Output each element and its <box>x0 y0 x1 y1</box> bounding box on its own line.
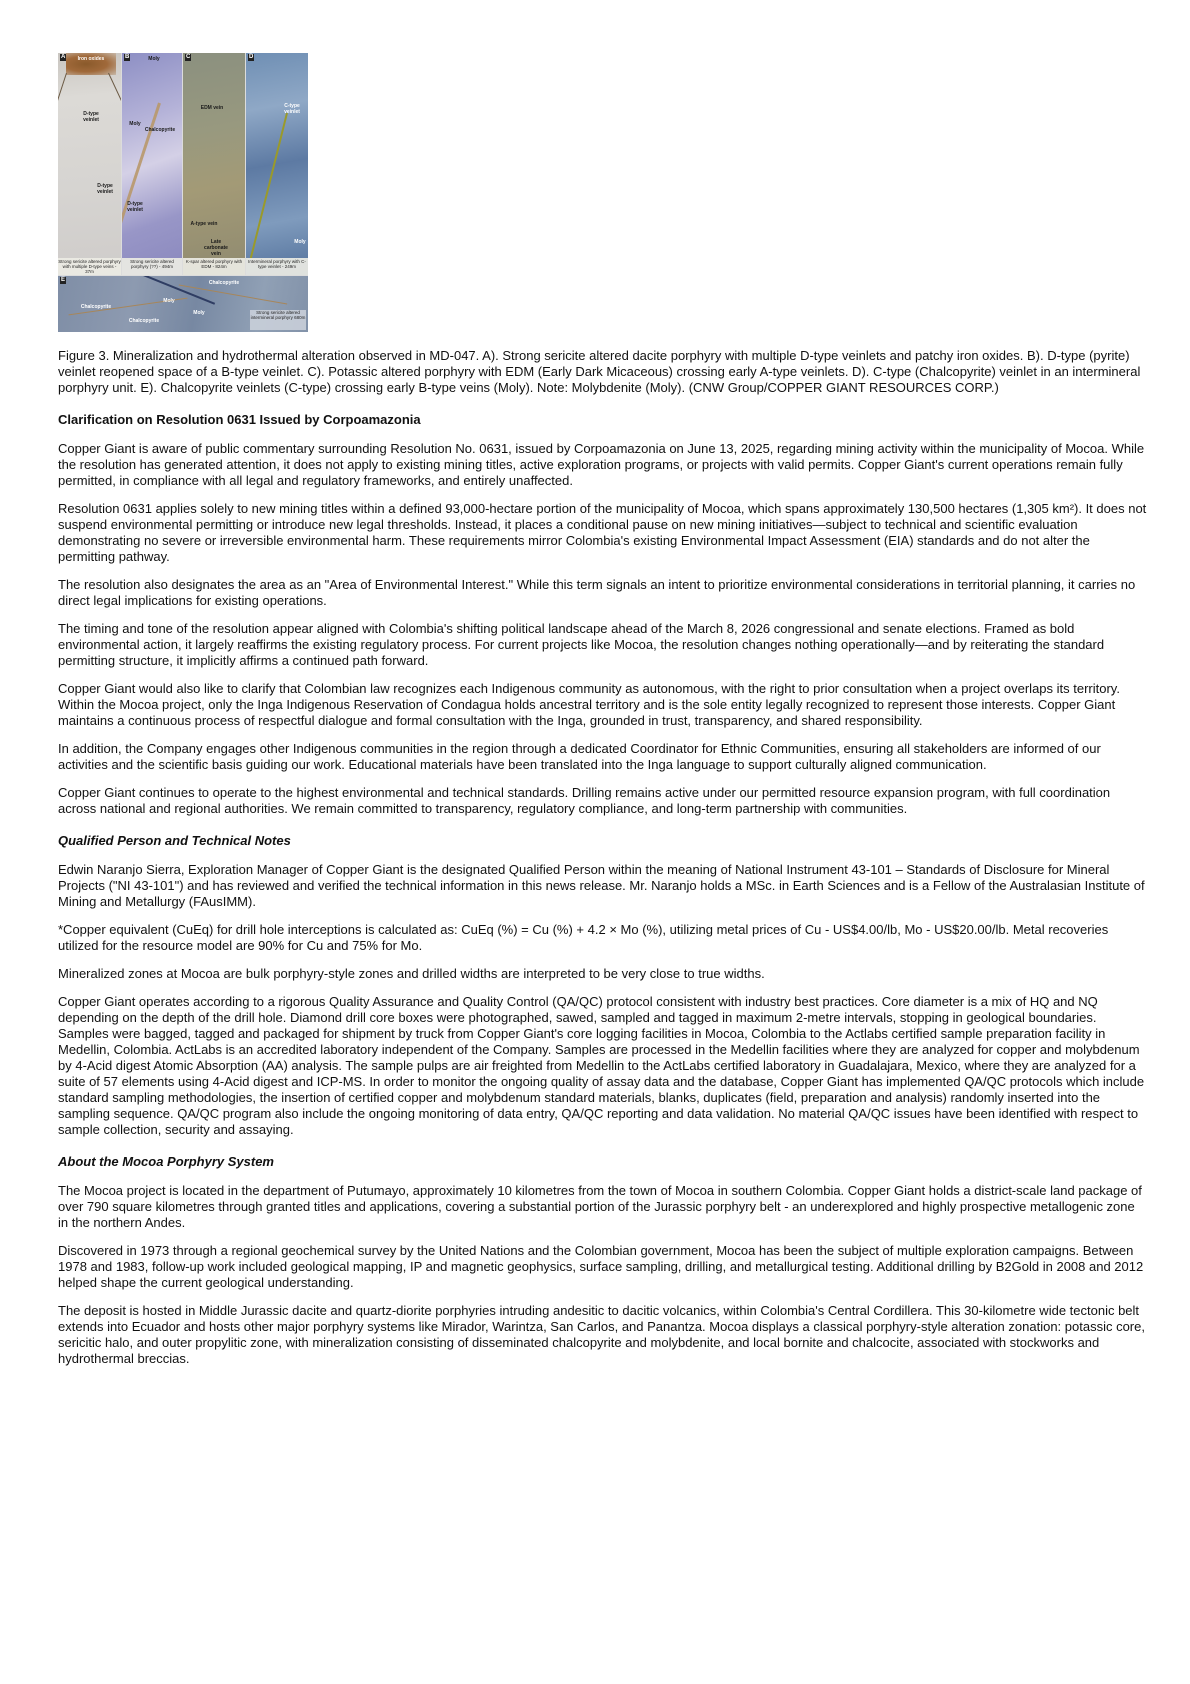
paragraph: *Copper equivalent (CuEq) for drill hole… <box>58 922 1148 954</box>
panel-label: Chalcopyrite <box>204 280 244 286</box>
panel-label: EDM vein <box>195 105 229 111</box>
paragraph: Mineralized zones at Mocoa are bulk porp… <box>58 966 1148 982</box>
panel-label: C-type veinlet <box>278 103 306 115</box>
paragraph: Copper Giant would also like to clarify … <box>58 681 1148 729</box>
document-page: A Iron oxides D-type veinlet D-type vein… <box>58 53 1148 1367</box>
panel-tag: C <box>185 54 191 61</box>
panel-caption: K-spar altered porphyry with EDM - 824m <box>183 258 245 275</box>
panel-d-photo: D C-type veinlet Moly Intermineral porph… <box>246 53 308 275</box>
panel-label: Chalcopyrite <box>124 318 164 324</box>
paragraph: The deposit is hosted in Middle Jurassic… <box>58 1303 1148 1367</box>
panel-label: A-type vein <box>185 221 223 227</box>
panel-label: Moly <box>144 56 164 62</box>
panel-label: D-type veinlet <box>78 111 104 123</box>
panel-caption: Strong sericite altered intermineral por… <box>250 310 306 330</box>
panel-caption: Strong sericite altered porphyry (??) - … <box>122 258 182 275</box>
paragraph: Copper Giant continues to operate to the… <box>58 785 1148 817</box>
paragraph: In addition, the Company engages other I… <box>58 741 1148 773</box>
paragraph: The Mocoa project is located in the depa… <box>58 1183 1148 1231</box>
panel-label: Chalcopyrite <box>140 127 180 133</box>
panel-label: Moly <box>160 298 178 304</box>
panel-caption: Intermineral porphyry with C-type veinle… <box>246 258 308 275</box>
panel-label: Chalcopyrite <box>76 304 116 310</box>
panel-label: Late carbonate vein <box>201 239 231 257</box>
panel-label: D-type veinlet <box>124 201 146 213</box>
panel-b-photo: B Moly Moly Chalcopyrite D-type veinlet … <box>122 53 182 275</box>
paragraph: Copper Giant is aware of public commenta… <box>58 441 1148 489</box>
paragraph: The timing and tone of the resolution ap… <box>58 621 1148 669</box>
panel-tag: E <box>60 277 66 284</box>
panel-c-photo: C EDM vein A-type vein Late carbonate ve… <box>183 53 245 275</box>
paragraph: Edwin Naranjo Sierra, Exploration Manage… <box>58 862 1148 910</box>
panel-label: Moly <box>190 310 208 316</box>
figure-caption: Figure 3. Mineralization and hydrotherma… <box>58 348 1148 396</box>
panel-tag: A <box>60 54 66 61</box>
panel-label: Iron oxides <box>76 56 106 62</box>
section-heading-about-mocoa: About the Mocoa Porphyry System <box>58 1154 1148 1170</box>
paragraph: Resolution 0631 applies solely to new mi… <box>58 501 1148 565</box>
panel-label: D-type veinlet <box>92 183 118 195</box>
section-heading-resolution: Clarification on Resolution 0631 Issued … <box>58 412 1148 428</box>
panel-tag: B <box>124 54 130 61</box>
panel-label: Moly <box>292 239 308 245</box>
paragraph: Copper Giant operates according to a rig… <box>58 994 1148 1138</box>
panel-caption: Strong sericite altered porphyry with mu… <box>58 258 121 275</box>
section-heading-qualified-person: Qualified Person and Technical Notes <box>58 833 1148 849</box>
vein-line <box>250 113 288 259</box>
vein-line <box>58 73 67 254</box>
paragraph: Discovered in 1973 through a regional ge… <box>58 1243 1148 1291</box>
panel-tag: D <box>248 54 254 61</box>
paragraph: The resolution also designates the area … <box>58 577 1148 609</box>
panel-e-photo: E Chalcopyrite Chalcopyrite Moly Moly Ch… <box>58 276 308 332</box>
panel-a-photo: A Iron oxides D-type veinlet D-type vein… <box>58 53 121 275</box>
vein-line <box>108 73 121 227</box>
figure-3-core-photos: A Iron oxides D-type veinlet D-type vein… <box>58 53 308 332</box>
